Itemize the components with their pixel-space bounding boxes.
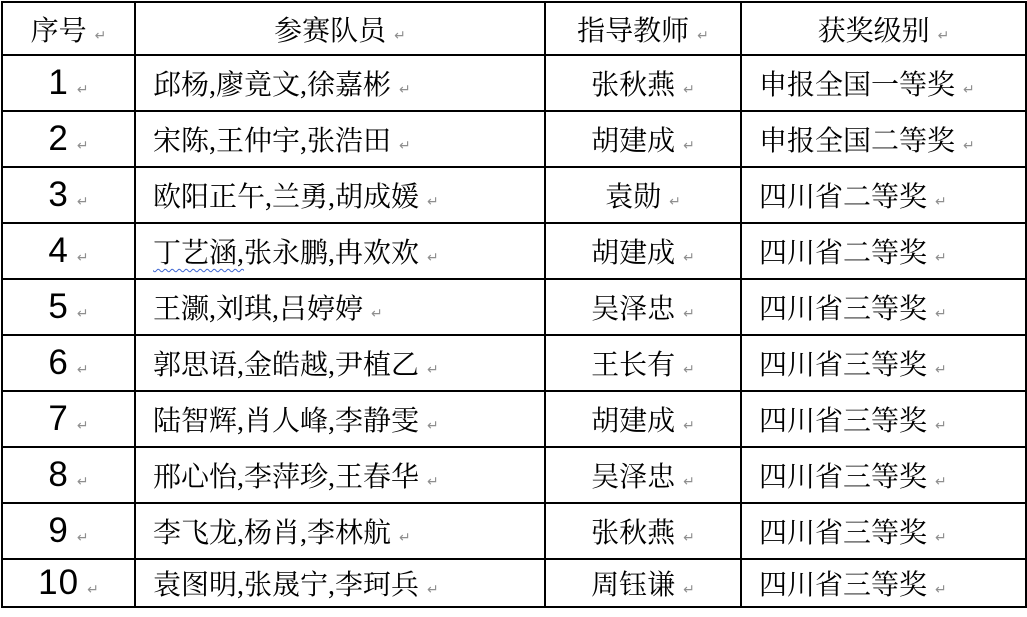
paragraph-mark-icon: ↵ <box>69 362 89 378</box>
paragraph-mark-icon: ↵ <box>927 362 947 378</box>
seq-cell: 2↵ <box>2 111 135 167</box>
table-row: 8↵ 邢心怡,李萍珍,王春华↵ 吴泽忠↵ 四川省三等奖↵ <box>2 447 1026 503</box>
paragraph-mark-icon: ↵ <box>661 194 681 210</box>
award-cell: 四川省三等奖↵ <box>741 279 1026 335</box>
paragraph-mark-icon: ↵ <box>69 138 89 154</box>
paragraph-mark-icon: ↵ <box>79 582 99 598</box>
seq-cell: 1↵ <box>2 55 135 111</box>
teacher-cell: 周钰谦↵ <box>545 559 741 607</box>
teacher-header-label: 指导教师 <box>577 16 689 47</box>
paragraph-mark-icon: ↵ <box>386 28 406 44</box>
members-cell: 邱杨,廖竟文,徐嘉彬↵ <box>135 55 545 111</box>
paragraph-mark-icon: ↵ <box>675 530 695 546</box>
paragraph-mark-icon: ↵ <box>675 582 695 598</box>
seq-header-cell: 序号↵ <box>2 2 135 55</box>
paragraph-mark-icon: ↵ <box>675 362 695 378</box>
award-cell: 申报全国二等奖↵ <box>741 111 1026 167</box>
seq-cell: 10↵ <box>2 559 135 607</box>
members-cell: 宋陈,王仲宇,张浩田↵ <box>135 111 545 167</box>
award-cell: 四川省三等奖↵ <box>741 503 1026 559</box>
members-cell: 郭思语,金皓越,尹植乙↵ <box>135 335 545 391</box>
paragraph-mark-icon: ↵ <box>927 582 947 598</box>
teacher-cell: 吴泽忠↵ <box>545 447 741 503</box>
teacher-cell: 王长有↵ <box>545 335 741 391</box>
paragraph-mark-icon: ↵ <box>419 418 439 434</box>
paragraph-mark-icon: ↵ <box>927 194 947 210</box>
award-cell: 四川省三等奖↵ <box>741 391 1026 447</box>
seq-cell: 5↵ <box>2 279 135 335</box>
paragraph-mark-icon: ↵ <box>69 474 89 490</box>
award-header-label: 获奖级别 <box>818 16 930 47</box>
award-header-cell: 获奖级别↵ <box>741 2 1026 55</box>
paragraph-mark-icon: ↵ <box>69 418 89 434</box>
paragraph-mark-icon: ↵ <box>69 530 89 546</box>
paragraph-mark-icon: ↵ <box>419 250 439 266</box>
award-cell: 四川省二等奖↵ <box>741 167 1026 223</box>
award-cell: 四川省三等奖↵ <box>741 335 1026 391</box>
table-row: 4↵ 丁艺涵,张永鹏,冉欢欢↵ 胡建成↵ 四川省二等奖↵ <box>2 223 1026 279</box>
paragraph-mark-icon: ↵ <box>930 28 950 44</box>
paragraph-mark-icon: ↵ <box>419 474 439 490</box>
members-cell: 欧阳正午,兰勇,胡成媛↵ <box>135 167 545 223</box>
paragraph-mark-icon: ↵ <box>675 82 695 98</box>
paragraph-mark-icon: ↵ <box>675 250 695 266</box>
table-row: 2↵ 宋陈,王仲宇,张浩田↵ 胡建成↵ 申报全国二等奖↵ <box>2 111 1026 167</box>
teacher-cell: 胡建成↵ <box>545 111 741 167</box>
members-cell: 王灏,刘琪,吕婷婷↵ <box>135 279 545 335</box>
table-row: 5↵ 王灏,刘琪,吕婷婷↵ 吴泽忠↵ 四川省三等奖↵ <box>2 279 1026 335</box>
paragraph-mark-icon: ↵ <box>69 82 89 98</box>
seq-cell: 3↵ <box>2 167 135 223</box>
paragraph-mark-icon: ↵ <box>391 82 411 98</box>
paragraph-mark-icon: ↵ <box>927 306 947 322</box>
header-row: 序号↵ 参赛队员↵ 指导教师↵ 获奖级别↵ <box>2 2 1026 55</box>
table-row: 6↵ 郭思语,金皓越,尹植乙↵ 王长有↵ 四川省三等奖↵ <box>2 335 1026 391</box>
paragraph-mark-icon: ↵ <box>69 250 89 266</box>
seq-cell: 9↵ <box>2 503 135 559</box>
paragraph-mark-icon: ↵ <box>363 306 383 322</box>
paragraph-mark-icon: ↵ <box>87 28 107 44</box>
paragraph-mark-icon: ↵ <box>675 138 695 154</box>
teacher-header-cell: 指导教师↵ <box>545 2 741 55</box>
paragraph-mark-icon: ↵ <box>689 28 709 44</box>
seq-header-label: 序号 <box>31 16 87 47</box>
table-row: 7↵ 陆智辉,肖人峰,李静雯↵ 胡建成↵ 四川省三等奖↵ <box>2 391 1026 447</box>
paragraph-mark-icon: ↵ <box>927 530 947 546</box>
seq-cell: 7↵ <box>2 391 135 447</box>
teacher-cell: 张秋燕↵ <box>545 55 741 111</box>
paragraph-mark-icon: ↵ <box>927 418 947 434</box>
paragraph-mark-icon: ↵ <box>391 530 411 546</box>
paragraph-mark-icon: ↵ <box>675 418 695 434</box>
table-row: 10↵ 袁图明,张晟宁,李珂兵↵ 周钰谦↵ 四川省三等奖↵ <box>2 559 1026 607</box>
paragraph-mark-icon: ↵ <box>419 362 439 378</box>
paragraph-mark-icon: ↵ <box>391 138 411 154</box>
paragraph-mark-icon: ↵ <box>675 474 695 490</box>
teacher-cell: 袁勋↵ <box>545 167 741 223</box>
paragraph-mark-icon: ↵ <box>69 194 89 210</box>
seq-cell: 6↵ <box>2 335 135 391</box>
members-cell: 袁图明,张晟宁,李珂兵↵ <box>135 559 545 607</box>
teacher-cell: 胡建成↵ <box>545 391 741 447</box>
members-cell: 李飞龙,杨肖,李林航↵ <box>135 503 545 559</box>
members-header-cell: 参赛队员↵ <box>135 2 545 55</box>
teacher-cell: 吴泽忠↵ <box>545 279 741 335</box>
spellcheck-underlined-text: 丁艺涵, <box>153 238 244 269</box>
teacher-cell: 张秋燕↵ <box>545 503 741 559</box>
paragraph-mark-icon: ↵ <box>69 306 89 322</box>
table-row: 1↵ 邱杨,廖竟文,徐嘉彬↵ 张秋燕↵ 申报全国一等奖↵ <box>2 55 1026 111</box>
members-header-label: 参赛队员 <box>274 16 386 47</box>
paragraph-mark-icon: ↵ <box>927 474 947 490</box>
paragraph-mark-icon: ↵ <box>675 306 695 322</box>
paragraph-mark-icon: ↵ <box>955 82 975 98</box>
award-cell: 四川省三等奖↵ <box>741 559 1026 607</box>
members-cell: 邢心怡,李萍珍,王春华↵ <box>135 447 545 503</box>
paragraph-mark-icon: ↵ <box>419 194 439 210</box>
members-cell: 陆智辉,肖人峰,李静雯↵ <box>135 391 545 447</box>
awards-table: 序号↵ 参赛队员↵ 指导教师↵ 获奖级别↵ 1↵ 邱杨,廖竟文,徐嘉彬↵ 张秋燕… <box>1 1 1027 608</box>
award-cell: 四川省二等奖↵ <box>741 223 1026 279</box>
paragraph-mark-icon: ↵ <box>955 138 975 154</box>
seq-cell: 4↵ <box>2 223 135 279</box>
award-cell: 申报全国一等奖↵ <box>741 55 1026 111</box>
paragraph-mark-icon: ↵ <box>927 250 947 266</box>
table-row: 9↵ 李飞龙,杨肖,李林航↵ 张秋燕↵ 四川省三等奖↵ <box>2 503 1026 559</box>
members-cell: 丁艺涵,张永鹏,冉欢欢↵ <box>135 223 545 279</box>
seq-cell: 8↵ <box>2 447 135 503</box>
teacher-cell: 胡建成↵ <box>545 223 741 279</box>
award-cell: 四川省三等奖↵ <box>741 447 1026 503</box>
table-row: 3↵ 欧阳正午,兰勇,胡成媛↵ 袁勋↵ 四川省二等奖↵ <box>2 167 1026 223</box>
paragraph-mark-icon: ↵ <box>419 582 439 598</box>
